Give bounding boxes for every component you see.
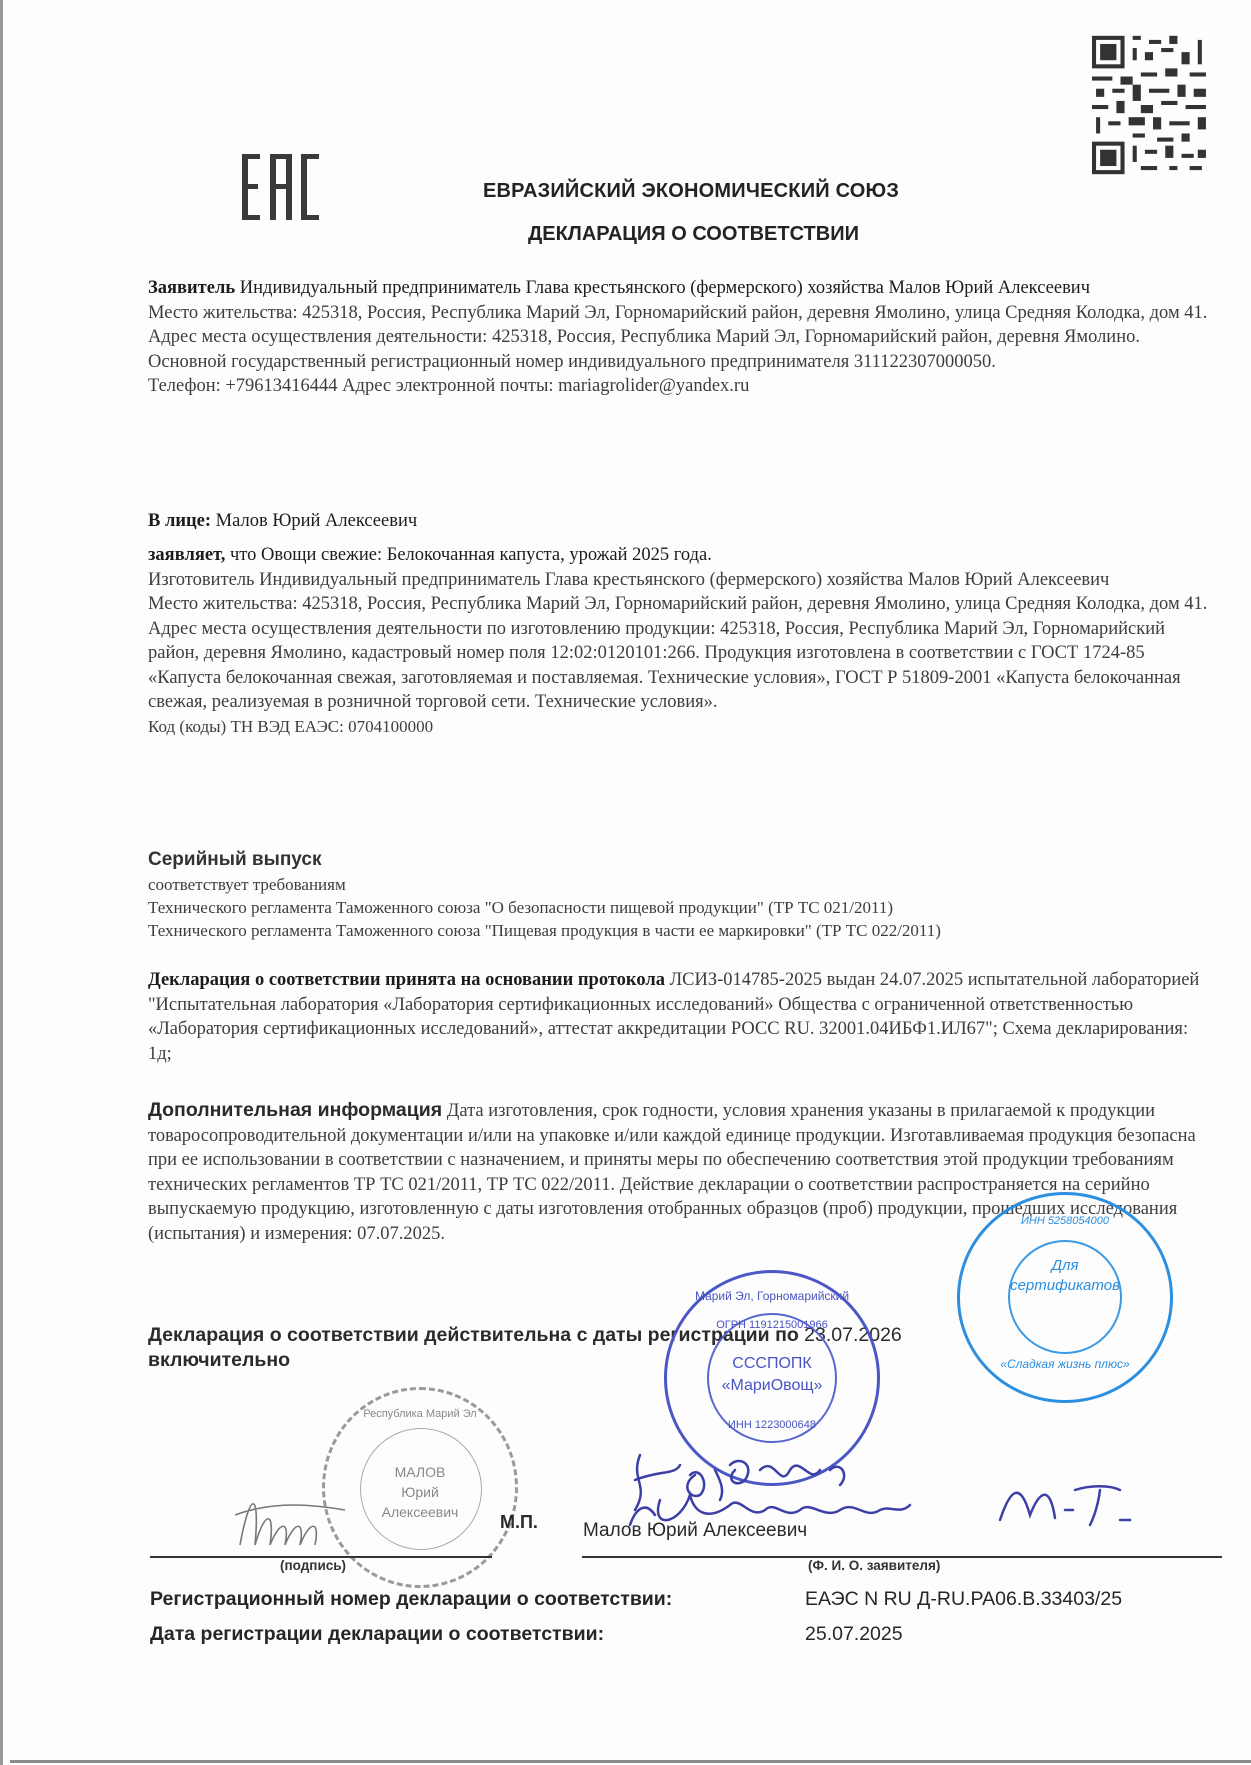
regulation-item: Технического регламента Таможенного союз…: [148, 919, 1208, 942]
stamp-text: «Сладкая жизнь плюс»: [960, 1357, 1170, 1371]
basis-section: Декларация о соответствии принята на осн…: [148, 968, 1208, 1066]
complies-text: соответствует требованиям: [148, 873, 1208, 896]
registration-date-value: 25.07.2025: [805, 1623, 903, 1646]
stamp-text: сертификатов: [960, 1277, 1170, 1294]
registration-number-label: Регистрационный номер декларации о соотв…: [150, 1588, 672, 1611]
scan-edge: [0, 0, 3, 1765]
person-label: В лице:: [148, 511, 211, 531]
additional-info-label: Дополнительная информация: [148, 1099, 442, 1121]
validity-section: Декларация о соответствии действительна …: [148, 1323, 1048, 1373]
person-name: Малов Юрий Алексеевич: [211, 511, 417, 531]
stamp-text: ОГРН 1191215001966: [667, 1319, 877, 1331]
stamp-text: Для: [960, 1257, 1170, 1274]
stamp-text: Алексеевич: [325, 1504, 515, 1520]
seal-mark: М.П.: [500, 1512, 538, 1533]
production-address: Адрес места осуществления деятельности п…: [148, 617, 1208, 715]
basis-label: Декларация о соответствии принята на осн…: [148, 970, 665, 990]
document-title: ДЕКЛАРАЦИЯ О СООТВЕТСТВИИ: [528, 223, 859, 246]
applicant-residence: Место жительства: 425318, Россия, Респуб…: [148, 301, 1208, 326]
qr-code-icon[interactable]: [1092, 35, 1210, 175]
eac-logo-icon: [242, 154, 320, 220]
product-description: что Овощи свежие: Белокочанная капуста, …: [225, 545, 711, 565]
stamp-text: Юрий: [325, 1484, 515, 1500]
stamp-text: СССПОПК: [667, 1355, 877, 1373]
stamp-text: Марий Эл, Горномарийский: [667, 1289, 877, 1303]
person-section: В лице: Малов Юрий Алексеевич: [148, 509, 1208, 534]
signer-name: Малов Юрий Алексеевич: [583, 1520, 807, 1542]
applicant-ogrnip: Основной государственный регистрационный…: [148, 350, 1208, 375]
applicant-name: Индивидуальный предприниматель Глава кре…: [235, 278, 1090, 298]
registration-date-label: Дата регистрации декларации о соответств…: [150, 1623, 604, 1646]
stamp-text: ИНН 1223000648: [667, 1419, 877, 1431]
stamp-text: МАЛОВ: [325, 1464, 515, 1480]
declares-label: заявляет,: [148, 545, 225, 565]
stamp-text: Республика Марий Эл: [325, 1408, 515, 1420]
applicant-section: Заявитель Индивидуальный предприниматель…: [148, 276, 1208, 399]
stamp-text: «МариОвощ»: [667, 1377, 877, 1395]
applicant-activity-address: Адрес места осуществления деятельности: …: [148, 325, 1208, 350]
scan-edge-bottom: [10, 1760, 1251, 1763]
applicant-signature-icon: [235, 1480, 345, 1555]
signature-caption: (подпись): [280, 1558, 346, 1573]
declaration-section: заявляет, что Овощи свежие: Белокочанная…: [148, 543, 1208, 739]
regulation-item: Технического регламента Таможенного союз…: [148, 896, 1208, 919]
series-section: соответствует требованиям Технического р…: [148, 873, 1208, 942]
series-title: Серийный выпуск: [148, 849, 321, 871]
manufacturer: Изготовитель Индивидуальный предпринимат…: [148, 568, 1208, 593]
fio-caption: (Ф. И. О. заявителя): [808, 1558, 940, 1573]
hs-code: Код (коды) ТН ВЭД ЕАЭС: 0704100000: [148, 715, 1208, 740]
manufacturer-residence: Место жительства: 425318, Россия, Респуб…: [148, 592, 1208, 617]
union-title: ЕВРАЗИЙСКИЙ ЭКОНОМИЧЕСКИЙ СОЮЗ: [483, 180, 899, 203]
validity-suffix: включительно: [148, 1349, 290, 1371]
applicant-contacts: Телефон: +79613416444 Адрес электронной …: [148, 374, 1208, 399]
stamp-text: ИНН 5258054000: [960, 1215, 1170, 1227]
registration-number-value: ЕАЭС N RU Д-RU.РА06.В.33403/25: [805, 1588, 1122, 1611]
certification-stamp: Для сертификатов «Сладкая жизнь плюс» ИН…: [957, 1192, 1173, 1403]
applicant-label: Заявитель: [148, 278, 235, 298]
